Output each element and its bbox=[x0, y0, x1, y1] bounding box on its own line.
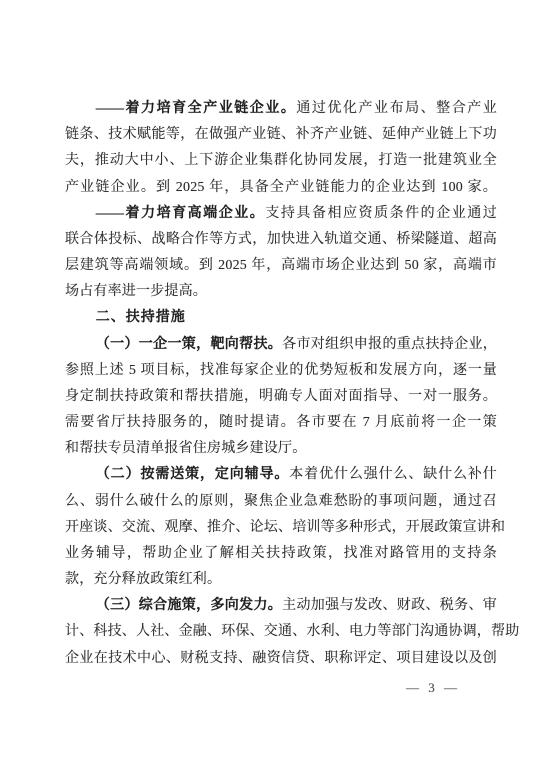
line-text: 各市对组织申报的重点扶持企业， bbox=[282, 337, 497, 352]
line-text: 本着优什么强什么、缺什么补什 bbox=[289, 467, 497, 482]
page-number: — 3 — bbox=[406, 680, 476, 696]
paragraph-lead-bold: ——着力培育全产业链企业。 bbox=[96, 101, 297, 116]
document-line: 场占有率进一步提高。 bbox=[65, 279, 497, 305]
line-text: 开座谈、交流、观摩、推介、论坛、培训等多种形式，开展政策宣讲和 bbox=[65, 520, 505, 535]
document-line: （三）综合施策，多向发力。主动加强与发改、财政、税务、审 bbox=[65, 593, 497, 619]
line-text: 夫，推动大中小、上下游企业集群化协同发展，打造一批建筑业全 bbox=[65, 153, 497, 168]
line-text: 款，充分释放政策红利。 bbox=[65, 572, 221, 587]
line-text: 产业链企业。到 2025 年，具备全产业链能力的企业达到 100 家。 bbox=[65, 180, 497, 195]
line-text: 和帮扶专员清单报省住房城乡建设厅。 bbox=[65, 441, 306, 456]
paragraph-lead-bold: （一）一企一策，靶向帮扶。 bbox=[96, 337, 282, 352]
paragraph-lead-bold: ——着力培育高端企业。 bbox=[96, 206, 266, 221]
scanned-document-page: ——着力培育全产业链企业。通过优化产业布局、整合产业 链条、技术赋能等，在做强产… bbox=[0, 0, 547, 768]
line-text: 主动加强与发改、财政、税务、审 bbox=[282, 598, 497, 613]
document-line: ——着力培育全产业链企业。通过优化产业布局、整合产业 bbox=[65, 96, 497, 122]
document-line: 链条、技术赋能等，在做强产业链、补齐产业链、延伸产业链上下功 bbox=[65, 122, 497, 148]
line-text: 层建筑等高端领域。到 2025 年，高端市场企业达到 50 家，高端市 bbox=[65, 258, 497, 273]
line-text: 身定制扶持政策和帮扶措施，明确专人面对面指导、一对一服务。 bbox=[65, 389, 497, 404]
line-text: 参照上述 5 项目标，找准每家企业的优势短板和发展方向，逐一量 bbox=[65, 363, 497, 378]
document-text-block: ——着力培育全产业链企业。通过优化产业布局、整合产业 链条、技术赋能等，在做强产… bbox=[65, 96, 497, 672]
document-line: 么、弱什么破什么的原则，聚焦企业急难愁盼的事项问题，通过召 bbox=[65, 489, 497, 515]
paragraph-lead-bold: （二）按需送策，定向辅导。 bbox=[96, 467, 290, 482]
document-line: 身定制扶持政策和帮扶措施，明确专人面对面指导、一对一服务。 bbox=[65, 384, 497, 410]
document-line: 款，充分释放政策红利。 bbox=[65, 567, 497, 593]
line-text: 支持具备相应资质条件的企业通过 bbox=[265, 206, 497, 221]
document-line: （一）一企一策，靶向帮扶。各市对组织申报的重点扶持企业， bbox=[65, 332, 497, 358]
paragraph-lead-bold: （三）综合施策，多向发力。 bbox=[96, 598, 282, 613]
document-line: 联合体投标、战略合作等方式，加快进入轨道交通、桥梁隧道、超高 bbox=[65, 227, 497, 253]
document-line: 夫，推动大中小、上下游企业集群化协同发展，打造一批建筑业全 bbox=[65, 148, 497, 174]
document-line: 企业在技术中心、财税支持、融资信贷、职称评定、项目建设以及创 bbox=[65, 646, 497, 672]
document-line: 需要省厅扶持服务的，随时提请。各市要在 7 月底前将一企一策 bbox=[65, 410, 497, 436]
line-text: 计、科技、人社、金融、环保、交通、水利、电力等部门沟通协调，帮助 bbox=[65, 624, 519, 639]
document-line: 业务辅导，帮助企业了解相关扶持政策，找准对路管用的支持条 bbox=[65, 541, 497, 567]
line-text: 通过优化产业布局、整合产业 bbox=[296, 101, 497, 116]
line-text: 联合体投标、战略合作等方式，加快进入轨道交通、桥梁隧道、超高 bbox=[65, 232, 497, 247]
document-line: 产业链企业。到 2025 年，具备全产业链能力的企业达到 100 家。 bbox=[65, 175, 497, 201]
document-line: 和帮扶专员清单报省住房城乡建设厅。 bbox=[65, 436, 497, 462]
line-text: 企业在技术中心、财税支持、融资信贷、职称评定、项目建设以及创 bbox=[65, 651, 497, 666]
line-text: 业务辅导，帮助企业了解相关扶持政策，找准对路管用的支持条 bbox=[65, 546, 497, 561]
document-line: 层建筑等高端领域。到 2025 年，高端市场企业达到 50 家，高端市 bbox=[65, 253, 497, 279]
document-line: 计、科技、人社、金融、环保、交通、水利、电力等部门沟通协调，帮助 bbox=[65, 619, 497, 645]
document-line: 开座谈、交流、观摩、推介、论坛、培训等多种形式，开展政策宣讲和 bbox=[65, 515, 497, 541]
document-line: （二）按需送策，定向辅导。本着优什么强什么、缺什么补什 bbox=[65, 462, 497, 488]
line-text: 链条、技术赋能等，在做强产业链、补齐产业链、延伸产业链上下功 bbox=[65, 127, 497, 142]
document-line: ——着力培育高端企业。支持具备相应资质条件的企业通过 bbox=[65, 201, 497, 227]
document-line: 参照上述 5 项目标，找准每家企业的优势短板和发展方向，逐一量 bbox=[65, 358, 497, 384]
line-text: 场占有率进一步提高。 bbox=[65, 284, 207, 299]
line-text: 么、弱什么破什么的原则，聚焦企业急难愁盼的事项问题，通过召 bbox=[65, 494, 497, 509]
line-text: 需要省厅扶持服务的，随时提请。各市要在 7 月底前将一企一策 bbox=[65, 415, 497, 430]
section-heading: 二、扶持措施 bbox=[65, 305, 497, 331]
section-heading-text: 二、扶持措施 bbox=[96, 310, 186, 325]
